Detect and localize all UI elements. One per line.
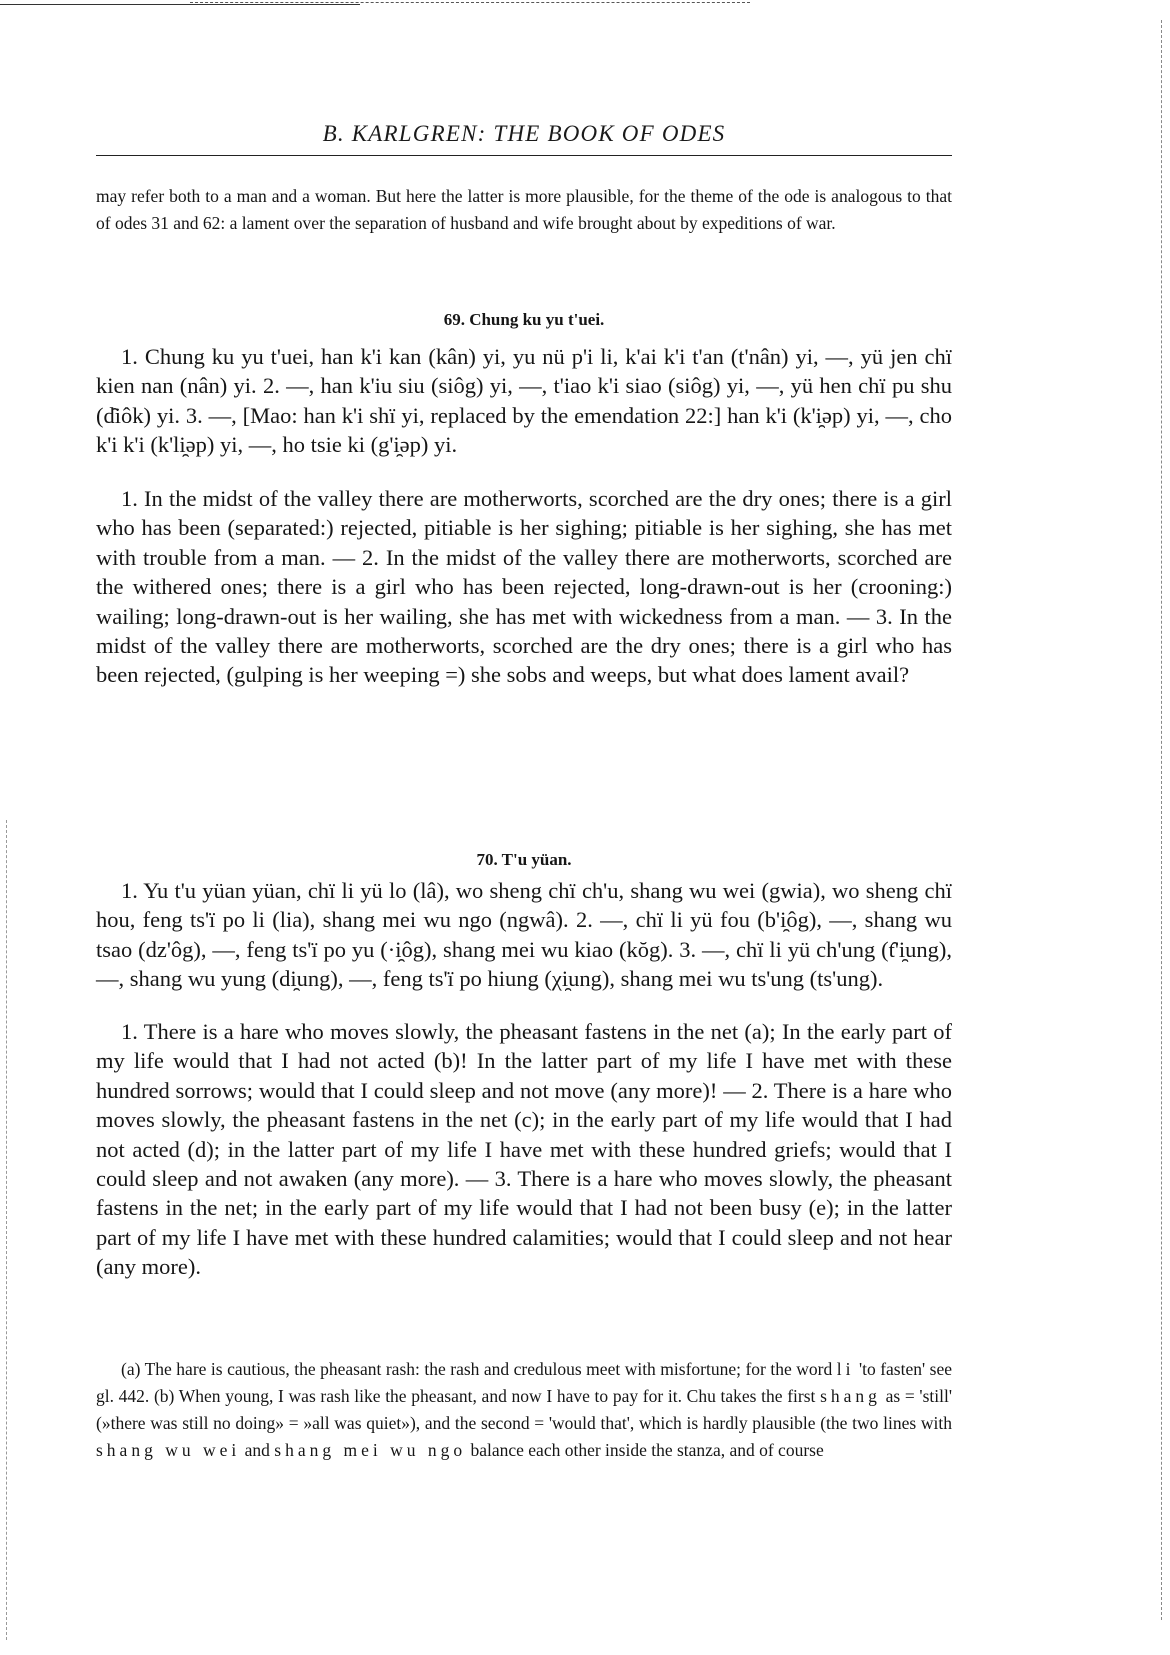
note-text: and	[240, 1440, 274, 1460]
ode-70-translation: 1. There is a hare who moves slowly, the…	[96, 1017, 952, 1282]
ode-70-title: 70. T'u yüan.	[96, 850, 952, 870]
intro-paragraph: may refer both to a man and a woman. But…	[96, 183, 952, 237]
scan-edge-right	[1161, 20, 1162, 1620]
running-head: B. KARLGREN: THE BOOK OF ODES	[96, 121, 952, 147]
note-term-shang-wu-wei: shang wu wei	[96, 1440, 240, 1460]
note-term-li: li	[837, 1359, 855, 1379]
ode-70-notes: (a) The hare is cautious, the pheasant r…	[96, 1356, 952, 1464]
note-term-shang: shang	[820, 1386, 881, 1406]
ode-69-title: 69. Chung ku yu t'uei.	[96, 310, 952, 330]
header-rule	[96, 155, 952, 156]
ode-69-transcription: 1. Chung ku yu t'uei, han k'i kan (kân) …	[96, 342, 952, 460]
scan-edge-top-dashed	[190, 2, 750, 3]
note-term-shang-mei-wu-ngo: shang mei wu ngo	[274, 1440, 466, 1460]
note-text: balance each other inside the stanza, an…	[466, 1440, 824, 1460]
scan-edge-top	[0, 4, 360, 5]
note-text: (a) The hare is cautious, the pheasant r…	[121, 1359, 837, 1379]
ode-70-transcription: 1. Yu t'u yüan yüan, chï li yü lo (lâ), …	[96, 876, 952, 994]
ode-69-translation: 1. In the midst of the valley there are …	[96, 484, 952, 690]
scan-edge-left	[6, 820, 7, 1640]
